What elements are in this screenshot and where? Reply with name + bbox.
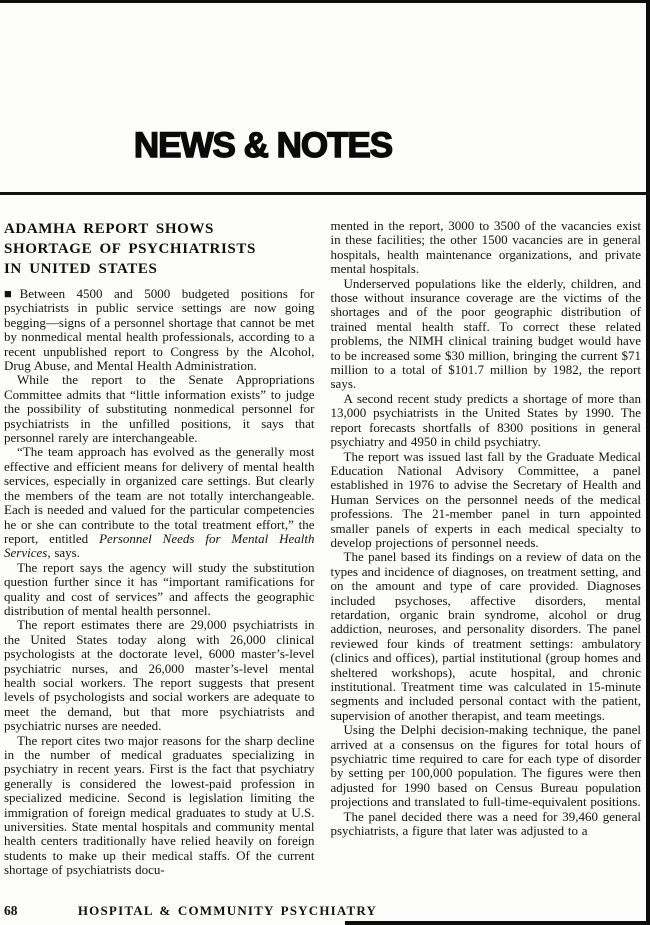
paragraph: mented in the report, 3000 to 3500 of th… xyxy=(331,219,642,277)
section-title: NEWS & NOTES xyxy=(134,126,392,166)
paragraph: Using the Delphi decision-making techniq… xyxy=(331,723,642,809)
page-bottom-border xyxy=(345,921,650,925)
paragraph: A second recent study predicts a shortag… xyxy=(331,392,642,450)
page-number: 68 xyxy=(4,903,18,918)
article-heading-line: ADAMHA REPORT SHOWS xyxy=(4,219,315,239)
paragraph: “The team approach has evolved as the ge… xyxy=(4,445,315,560)
title-divider-rule xyxy=(0,192,650,195)
paragraph: The panel decided there was a need for 3… xyxy=(331,810,642,839)
article-column-right: mented in the report, 3000 to 3500 of th… xyxy=(331,219,642,878)
article-body: ADAMHA REPORT SHOWS SHORTAGE OF PSYCHIAT… xyxy=(4,219,641,878)
paragraph: ■Between 4500 and 5000 budgeted position… xyxy=(4,287,315,373)
paragraph: Underserved populations like the elderly… xyxy=(331,277,642,392)
paragraph: The report estimates there are 29,000 ps… xyxy=(4,618,315,733)
page-right-border xyxy=(646,0,650,925)
article-heading-line: IN UNITED STATES xyxy=(4,259,315,279)
article-column-left: ADAMHA REPORT SHOWS SHORTAGE OF PSYCHIAT… xyxy=(4,219,315,878)
page-top-border xyxy=(0,0,650,3)
article-heading: ADAMHA REPORT SHOWS SHORTAGE OF PSYCHIAT… xyxy=(4,219,315,279)
page-footer: 68 HOSPITAL & COMMUNITY PSYCHIATRY xyxy=(4,903,641,919)
journal-name: HOSPITAL & COMMUNITY PSYCHIATRY xyxy=(78,903,377,918)
paragraph: The report says the agency will study th… xyxy=(4,561,315,619)
paragraph: The report cites two major reasons for t… xyxy=(4,734,315,878)
paragraph: The panel based its findings on a review… xyxy=(331,550,642,723)
article-heading-line: SHORTAGE OF PSYCHIATRISTS xyxy=(4,239,315,259)
paragraph-text: , says. xyxy=(47,545,80,560)
paragraph: The report was issued last fall by the G… xyxy=(331,450,642,551)
paragraph: While the report to the Senate Appropria… xyxy=(4,373,315,445)
journal-page: NEWS & NOTES ADAMHA REPORT SHOWS SHORTAG… xyxy=(0,0,650,925)
